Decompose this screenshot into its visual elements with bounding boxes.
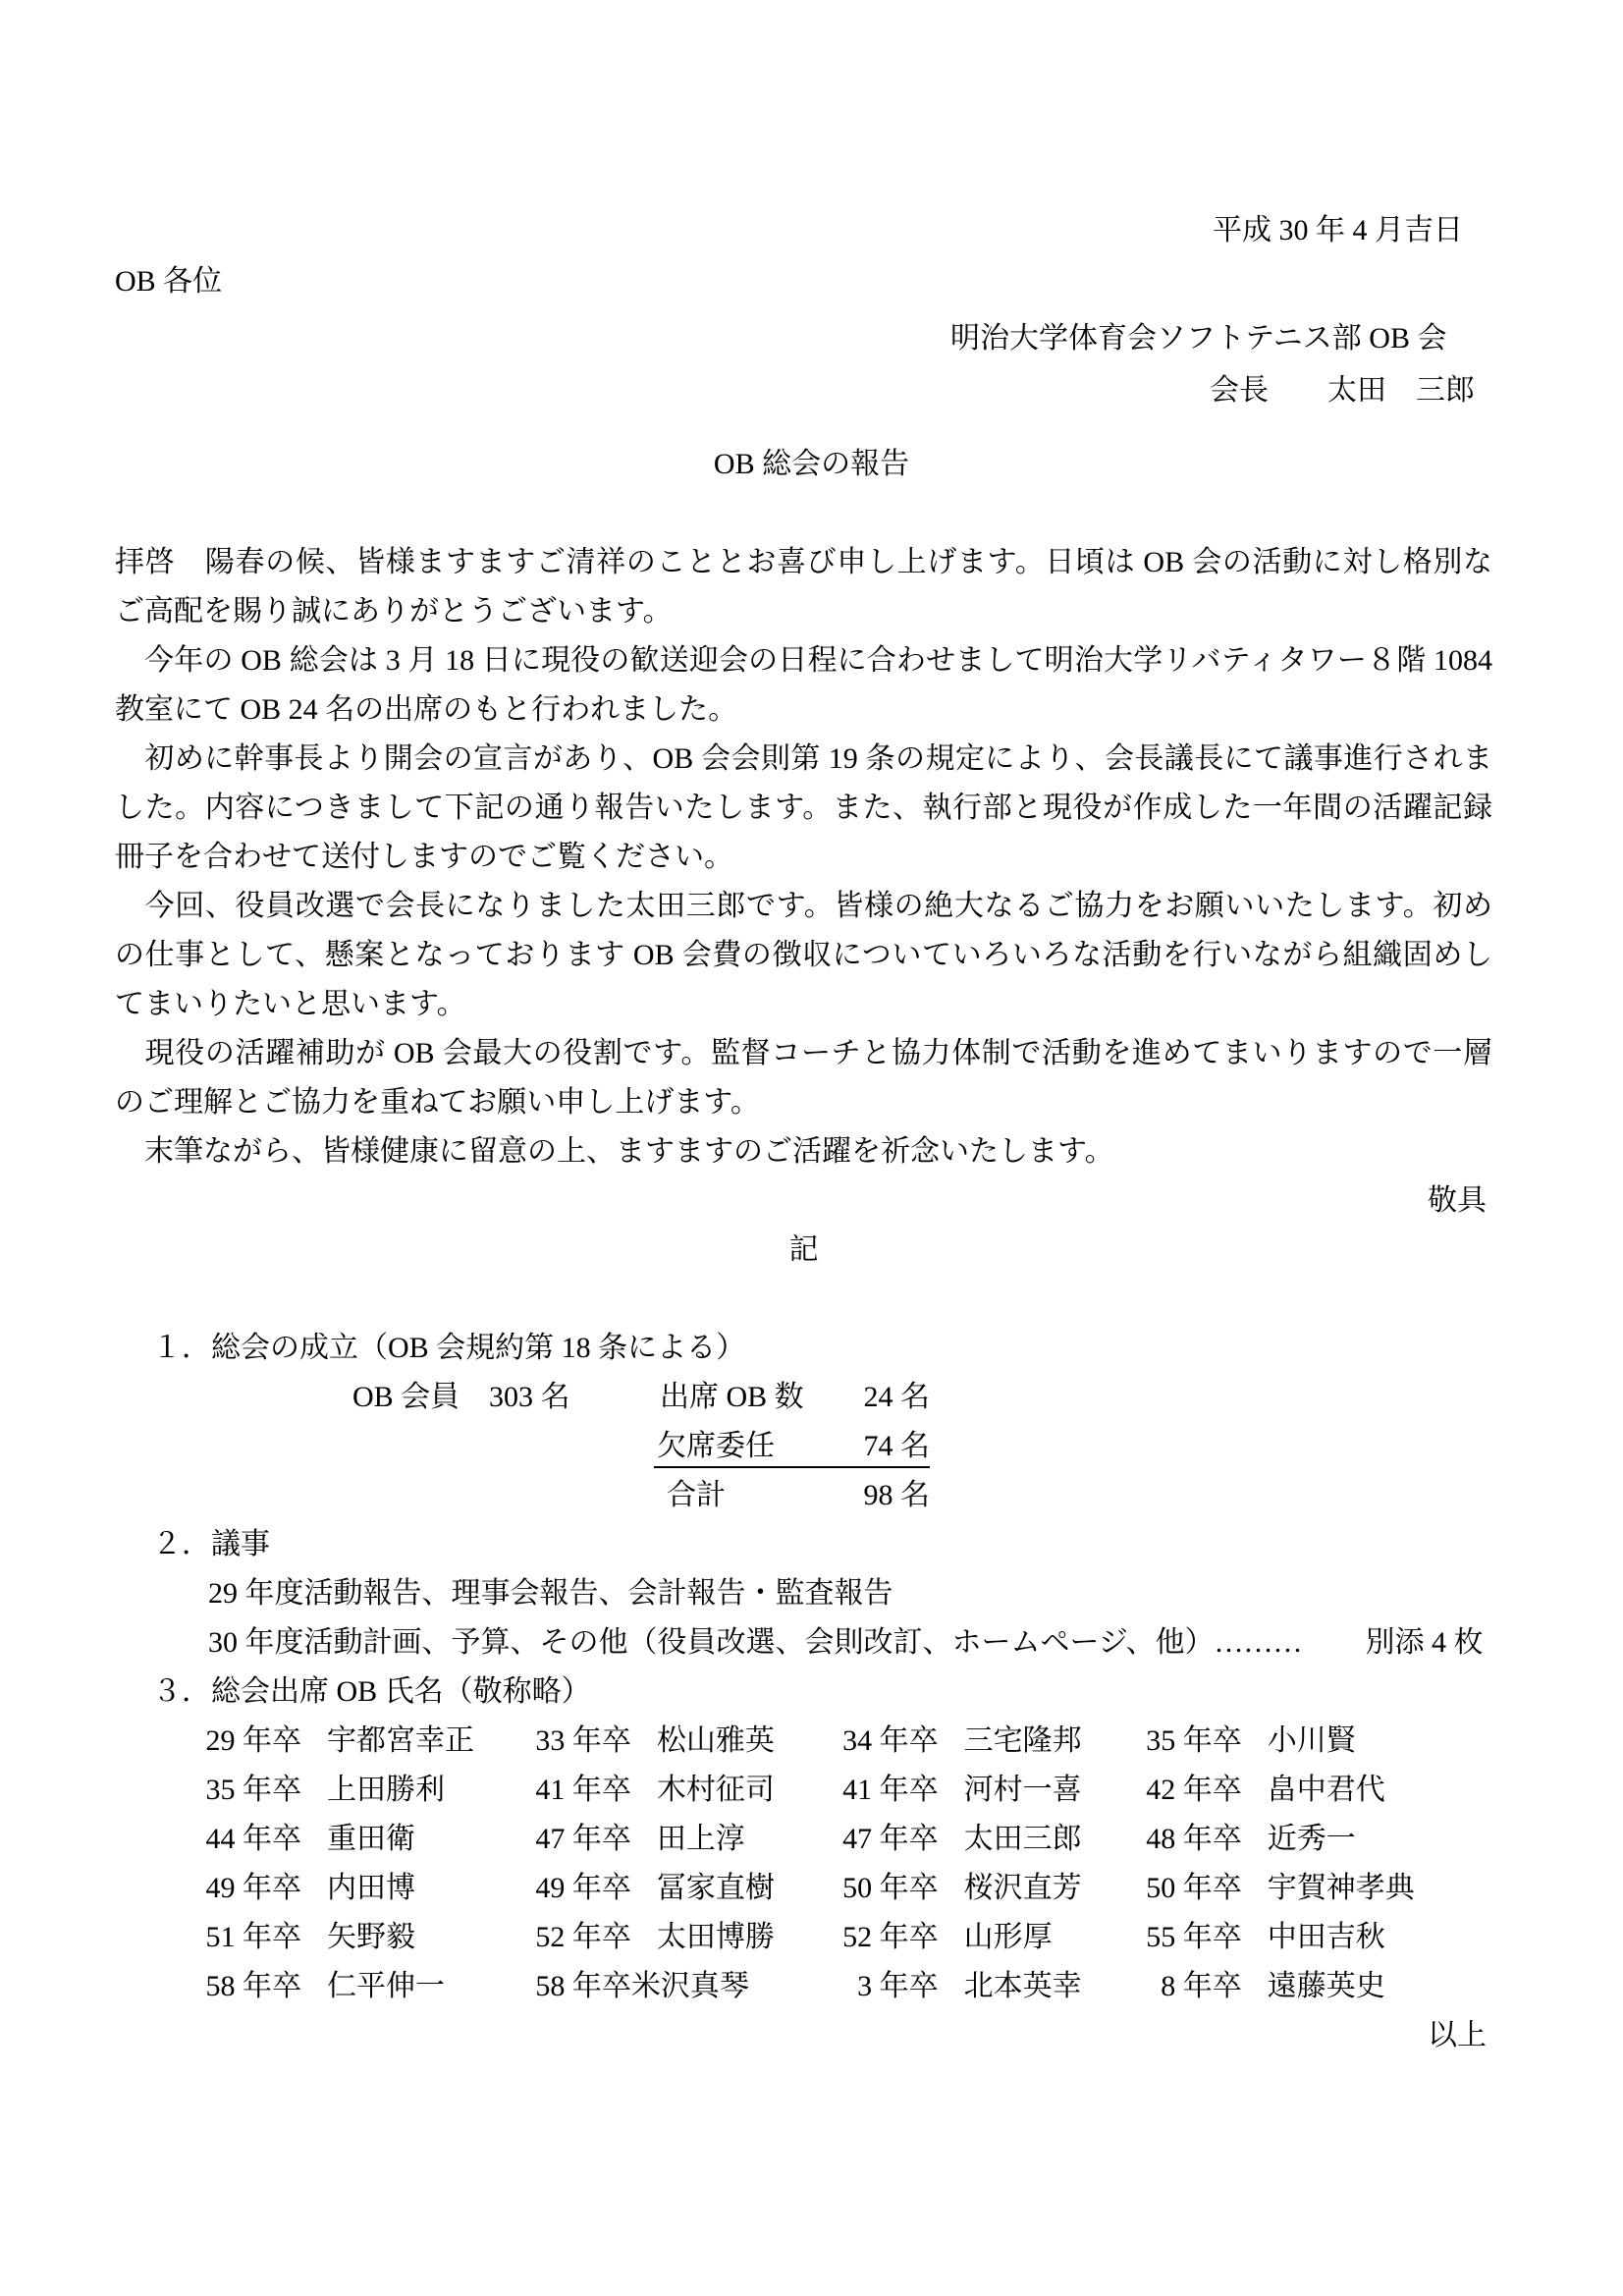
attendee-row: 49 年卒内田博 49 年卒冨家直樹 50 年卒桜沢直芳 50 年卒宇賀神孝典 [115, 1864, 1492, 1913]
attendee-name: 三宅隆邦 [964, 1717, 1082, 1766]
document-page: 平成 30 年 4 月吉日 OB 各位 明治大学体育会ソフトテニス部 OB 会 … [0, 0, 1623, 2296]
attendee-name: 矢野毅 [327, 1913, 415, 1962]
attendee-name: 畠中君代 [1268, 1766, 1385, 1815]
attend-value: 24 名 [802, 1373, 930, 1422]
absent-label: 欠席委任 [657, 1422, 775, 1471]
attendee-grad-year: 52 年卒 [533, 1913, 631, 1962]
attendee-name: 太田博勝 [657, 1913, 775, 1962]
attendee: 52 年卒太田博勝 [533, 1913, 840, 1962]
attendee-name: 小川賢 [1268, 1717, 1356, 1766]
attendee-list: 29 年卒宇都宮幸正 33 年卒松山雅英 34 年卒三宅隆邦 35 年卒小川賢 … [115, 1717, 1492, 2011]
attendee-row: 51 年卒矢野毅 52 年卒太田博勝 52 年卒山形厚 55 年卒中田吉秋 [115, 1913, 1492, 1962]
attendee: 3 年卒北本英幸 [840, 1962, 1144, 2011]
section2-heading: ２．議事 [115, 1520, 1492, 1569]
attendee: 55 年卒中田吉秋 [1144, 1913, 1492, 1962]
paragraph-new-chairman: 今回、役員改選で会長になりました太田三郎です。皆様の絶大なるご協力をお願いいたし… [115, 882, 1492, 1029]
paragraph-ob-role: 現役の活躍補助が OB 会最大の役割です。監督コーチと協力体制で活動を進めてまい… [115, 1029, 1492, 1127]
agenda-item-plans: 30 年度活動計画、予算、その他（役員改選、会則改訂、ホームページ、他）………別… [115, 1618, 1492, 1667]
attendee-grad-year: 3 年卒 [840, 1962, 939, 2011]
absent-value: 74 名 [802, 1422, 930, 1471]
attendee-grad-year: 49 年卒 [203, 1864, 301, 1913]
attendee-name: 上田勝利 [327, 1766, 445, 1815]
attendee-name: 中田吉秋 [1268, 1913, 1385, 1962]
paragraph-greeting: 拝啓 陽春の候、皆様ますますご清祥のこととお喜び申し上げます。日頃は OB 会の… [115, 538, 1492, 636]
attendee-grad-year: 35 年卒 [1144, 1717, 1242, 1766]
closing-keigu: 敬具 [115, 1176, 1492, 1226]
attendee: 48 年卒近秀一 [1144, 1815, 1492, 1864]
attendee: 44 年卒重田衛 [203, 1815, 533, 1864]
attendee-grad-year: 33 年卒 [533, 1717, 631, 1766]
letter-recipient: OB 各位 [115, 257, 222, 306]
attendee: 34 年卒三宅隆邦 [840, 1717, 1144, 1766]
attendee: 35 年卒上田勝利 [203, 1766, 533, 1815]
attendee-grad-year: 35 年卒 [203, 1766, 301, 1815]
attendee-grad-year: 58 年卒 [203, 1962, 301, 2011]
attendee-grad-year: 47 年卒 [533, 1815, 631, 1864]
attendee-name: 桜沢直芳 [964, 1864, 1082, 1913]
attendee-row: 29 年卒宇都宮幸正 33 年卒松山雅英 34 年卒三宅隆邦 35 年卒小川賢 [115, 1717, 1492, 1766]
attendee-name: 北本英幸 [964, 1962, 1082, 2011]
attendee-grad-year: 58 年卒 [533, 1962, 631, 2011]
attendee: 49 年卒内田博 [203, 1864, 533, 1913]
members-label: OB 会員 [352, 1373, 460, 1422]
attendee-grad-year: 55 年卒 [1144, 1913, 1242, 1962]
attendee-name: 重田衛 [327, 1815, 415, 1864]
attendee: 41 年卒河村一喜 [840, 1766, 1144, 1815]
attendee-grad-year: 47 年卒 [840, 1815, 939, 1864]
attendee-grad-year: 8 年卒 [1144, 1962, 1242, 2011]
attend-label: 出席 OB 数 [660, 1373, 804, 1422]
attendee-name: 木村征司 [657, 1766, 775, 1815]
attendee: 47 年卒太田三郎 [840, 1815, 1144, 1864]
attendee-name: 太田三郎 [964, 1815, 1082, 1864]
paragraph-closing-wishes: 末筆ながら、皆様健康に留意の上、ますますのご活躍を祈念いたします。 [115, 1127, 1492, 1176]
attendee: 58 年卒米沢真琴 [533, 1962, 840, 2011]
report-sections: １．総会の成立（OB 会規約第 18 条による） OB 会員 303 名 出席 … [115, 1324, 1492, 2060]
attendee-name: 河村一喜 [964, 1766, 1082, 1815]
attendee-name: 米沢真琴 [631, 1962, 749, 2011]
attendee-grad-year: 51 年卒 [203, 1913, 301, 1962]
attendee-grad-year: 52 年卒 [840, 1913, 939, 1962]
attendee: 8 年卒遠藤英史 [1144, 1962, 1492, 2011]
attachment-note: 別添 4 枚 [1366, 1626, 1484, 1659]
attendee-name: 近秀一 [1268, 1815, 1356, 1864]
absent-underline [654, 1466, 930, 1468]
closing-ijou: 以上 [115, 2011, 1492, 2060]
total-label: 合計 [667, 1471, 726, 1520]
attendee: 47 年卒田上淳 [533, 1815, 840, 1864]
attendee-grad-year: 50 年卒 [1144, 1864, 1242, 1913]
attendee: 52 年卒山形厚 [840, 1913, 1144, 1962]
ki-marker: 記 [115, 1226, 1492, 1275]
attendee-row: 44 年卒重田衛 47 年卒田上淳 47 年卒太田三郎 48 年卒近秀一 [115, 1815, 1492, 1864]
total-value: 98 名 [802, 1471, 930, 1520]
attendee-name: 冨家直樹 [657, 1864, 775, 1913]
letter-body: 拝啓 陽春の候、皆様ますますご清祥のこととお喜び申し上げます。日頃は OB 会の… [115, 538, 1492, 1275]
attendee-name: 山形厚 [964, 1913, 1053, 1962]
stats-row-absent: 欠席委任 74 名 [115, 1422, 1492, 1471]
attendee-name: 田上淳 [657, 1815, 745, 1864]
attendee-grad-year: 49 年卒 [533, 1864, 631, 1913]
attendee-grad-year: 48 年卒 [1144, 1815, 1242, 1864]
attendee: 50 年卒宇賀神孝典 [1144, 1864, 1492, 1913]
attendee-grad-year: 41 年卒 [840, 1766, 939, 1815]
paragraph-proceedings: 初めに幹事長より開会の宣言があり、OB 会会則第 19 条の規定により、会長議長… [115, 735, 1492, 882]
agenda-item-reports: 29 年度活動報告、理事会報告、会計報告・監査報告 [115, 1569, 1492, 1618]
attendee-row: 35 年卒上田勝利 41 年卒木村征司 41 年卒河村一喜 42 年卒畠中君代 [115, 1766, 1492, 1815]
attendee: 35 年卒小川賢 [1144, 1717, 1492, 1766]
attendee-name: 宇賀神孝典 [1268, 1864, 1415, 1913]
attendee: 51 年卒矢野毅 [203, 1913, 533, 1962]
letter-date: 平成 30 年 4 月吉日 [1213, 206, 1463, 255]
attendee-name: 松山雅英 [657, 1717, 775, 1766]
members-value: 303 名 [489, 1373, 570, 1422]
attendee-row: 58 年卒仁平伸一 58 年卒米沢真琴 3 年卒北本英幸 8 年卒遠藤英史 [115, 1962, 1492, 2011]
attendance-stats: OB 会員 303 名 出席 OB 数 24 名 欠席委任 74 名 合計 98… [115, 1373, 1492, 1520]
attendee-grad-year: 41 年卒 [533, 1766, 631, 1815]
attendee: 29 年卒宇都宮幸正 [203, 1717, 533, 1766]
attendee-name: 内田博 [327, 1864, 415, 1913]
document-title: OB 総会の報告 [0, 440, 1623, 489]
attendee: 58 年卒仁平伸一 [203, 1962, 533, 2011]
paragraph-meeting-held: 今年の OB 総会は 3 月 18 日に現役の歓送迎会の日程に合わせまして明治大… [115, 636, 1492, 735]
attendee-grad-year: 42 年卒 [1144, 1766, 1242, 1815]
attendee-grad-year: 50 年卒 [840, 1864, 939, 1913]
attendee: 42 年卒畠中君代 [1144, 1766, 1492, 1815]
attendee: 50 年卒桜沢直芳 [840, 1864, 1144, 1913]
attendee-name: 仁平伸一 [327, 1962, 445, 2011]
attendee: 41 年卒木村征司 [533, 1766, 840, 1815]
attendee-name: 遠藤英史 [1268, 1962, 1385, 2011]
attendee-grad-year: 34 年卒 [840, 1717, 939, 1766]
attendee: 49 年卒冨家直樹 [533, 1864, 840, 1913]
attendee-grad-year: 29 年卒 [203, 1717, 301, 1766]
sender-chairman: 会長 太田 三郎 [1210, 366, 1475, 415]
stats-row-members: OB 会員 303 名 出席 OB 数 24 名 [115, 1373, 1492, 1422]
agenda-item-plans-text: 30 年度活動計画、予算、その他（役員改選、会則改訂、ホームページ、他）……… [208, 1626, 1303, 1659]
attendee: 33 年卒松山雅英 [533, 1717, 840, 1766]
sender-organization: 明治大学体育会ソフトテニス部 OB 会 [950, 314, 1446, 363]
attendee-grad-year: 44 年卒 [203, 1815, 301, 1864]
section1-heading: １．総会の成立（OB 会規約第 18 条による） [115, 1324, 1492, 1373]
attendee-name: 宇都宮幸正 [327, 1717, 474, 1766]
section3-heading: ３．総会出席 OB 氏名（敬称略） [115, 1667, 1492, 1717]
stats-row-total: 合計 98 名 [115, 1471, 1492, 1520]
